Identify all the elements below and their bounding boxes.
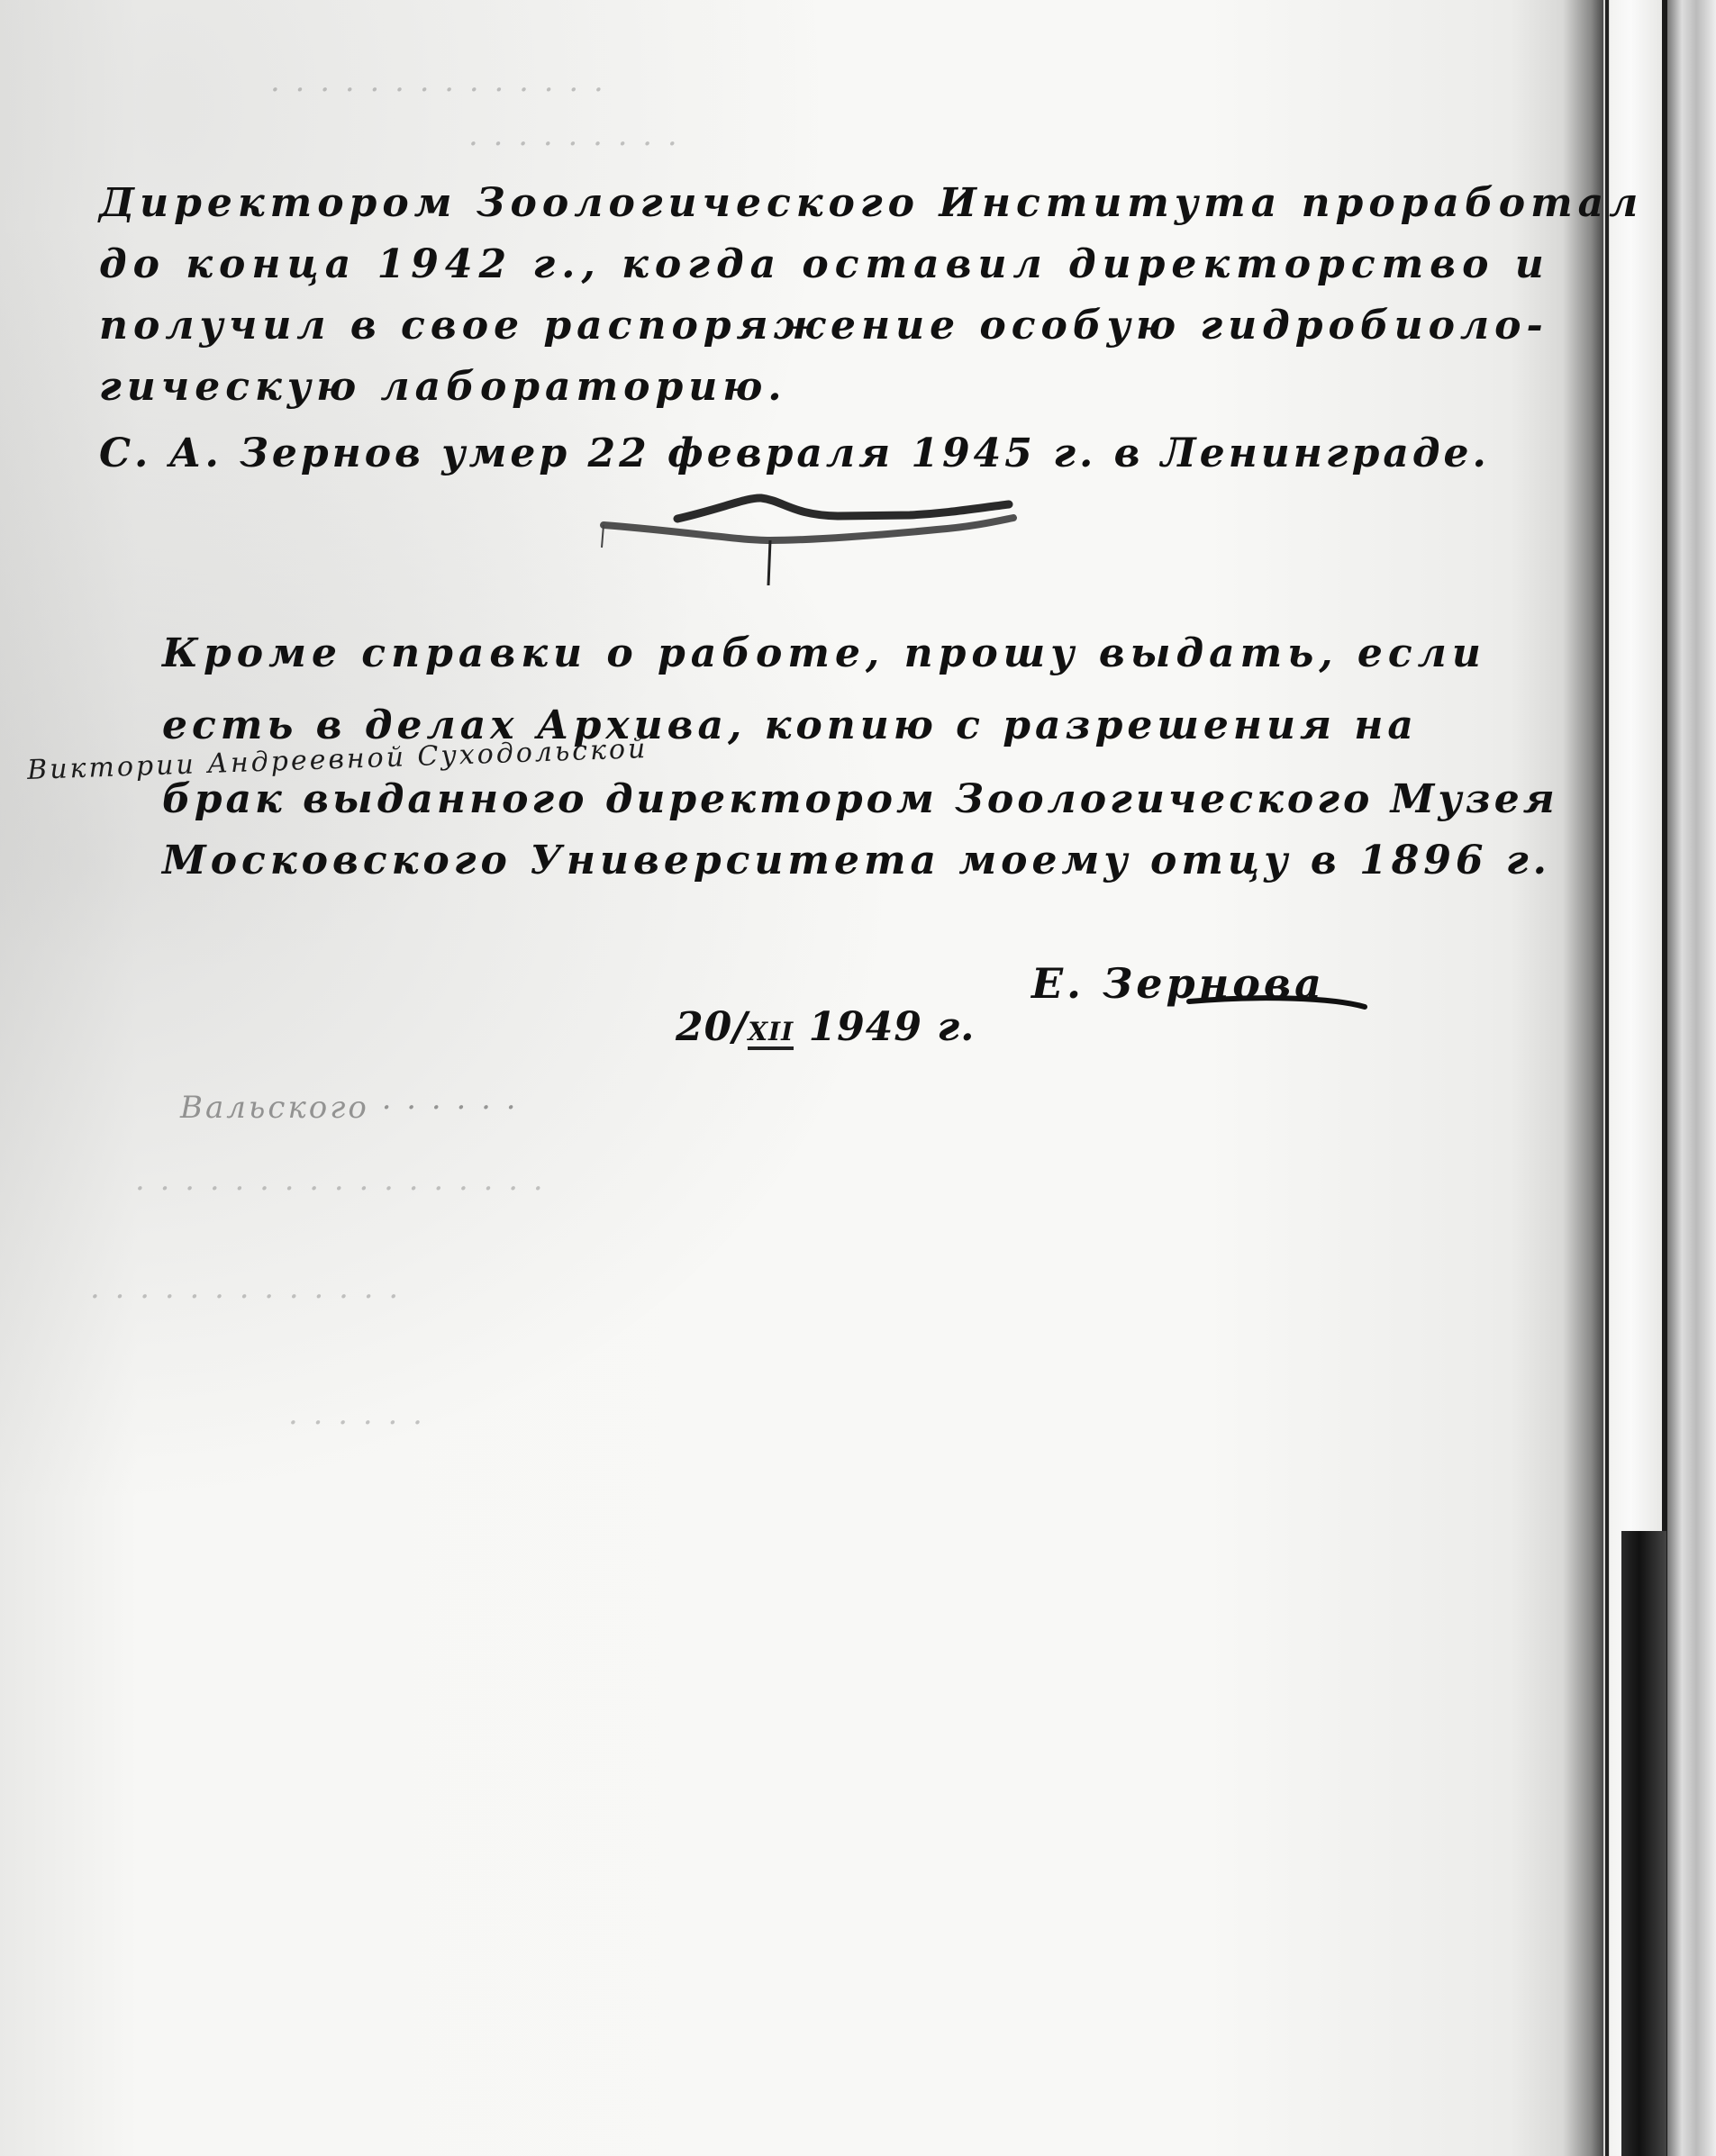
- document-page: · · · · · · · · · · · · · · · · · · · · …: [0, 0, 1716, 2156]
- date-month: XII: [748, 1017, 794, 1050]
- signature-flourish: [0, 0, 1716, 2156]
- date-year: 1949 г.: [809, 1004, 976, 1050]
- date: 20/XII 1949 г.: [676, 1004, 975, 1050]
- date-day: 20: [676, 1004, 732, 1050]
- date-slash: /: [732, 1004, 748, 1050]
